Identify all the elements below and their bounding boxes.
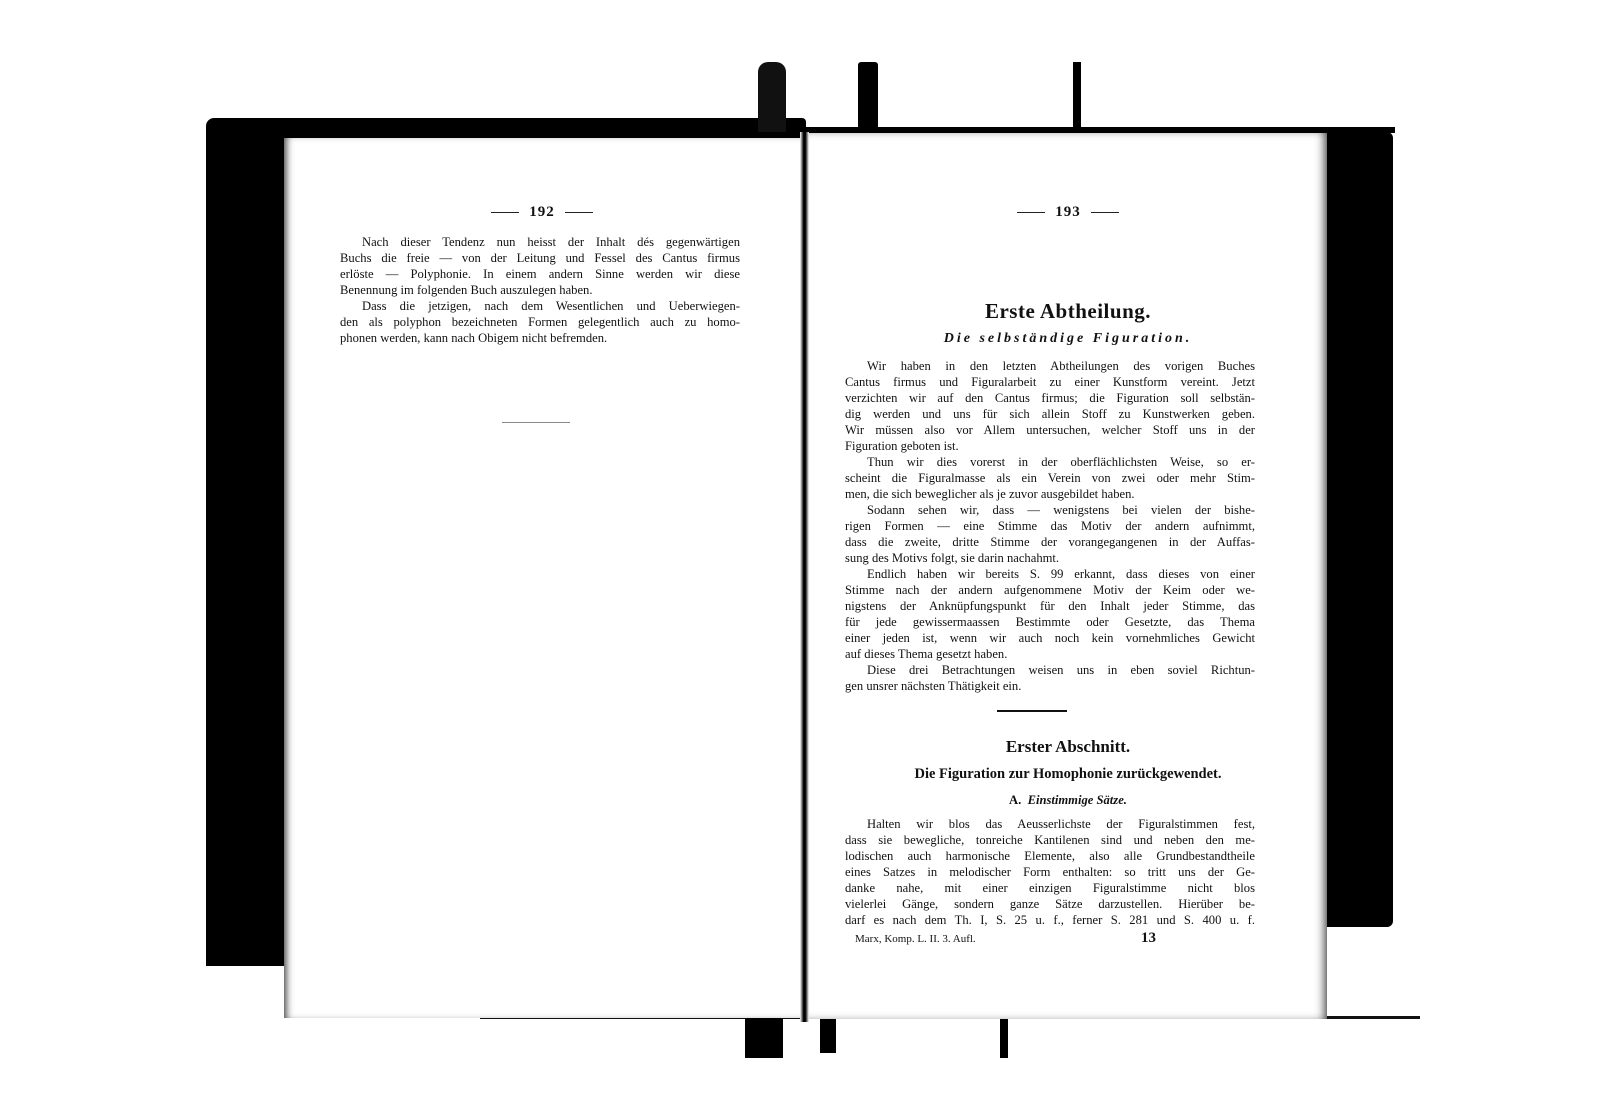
page-number: 192: [284, 204, 800, 221]
binding-tab: [858, 62, 878, 132]
text-line: lodischen auch harmonische Elemente, als…: [845, 848, 1255, 864]
subsection-title: Einstimmige Sätze.: [1028, 793, 1127, 807]
part-title: Erste Abtheilung.: [809, 299, 1327, 324]
footer-imprint: Marx, Komp. L. II. 3. Aufl.: [855, 933, 976, 945]
binding-tab: [1073, 62, 1081, 132]
binding-tab: [1000, 1018, 1008, 1058]
text-line: Endlich haben wir bereits S. 99 erkannt,…: [845, 566, 1255, 582]
section-subtitle: Die Figuration zur Homophonie zurückgewe…: [809, 766, 1327, 783]
text-line: für jede gewissermaassen Bestimmte oder …: [845, 614, 1255, 630]
text-line: Figuration geboten ist.: [845, 438, 1255, 454]
subsection-label: A.: [1009, 793, 1021, 807]
page-number: 193: [809, 204, 1327, 221]
text-line: Thun wir dies vorerst in der oberflächli…: [845, 454, 1255, 470]
text-line: dass die zweite, dritte Stimme der voran…: [845, 534, 1255, 550]
book-spine: [800, 132, 809, 1022]
signature-mark: 13: [1141, 930, 1156, 947]
text-line: Nach dieser Tendenz nun heisst der Inhal…: [340, 234, 740, 250]
body-text: Nach dieser Tendenz nun heisst der Inhal…: [340, 234, 740, 346]
text-line: scheint die Figuralmasse als ein Verein …: [845, 470, 1255, 486]
text-line: Sodann sehen wir, dass — wenigstens bei …: [845, 502, 1255, 518]
right-page: 193 Erste Abtheilung. Die selbständige F…: [809, 133, 1327, 1019]
text-line: vielerlei Gänge, sondern ganze Sätze dar…: [845, 896, 1255, 912]
subsection-heading: A. Einstimmige Sätze.: [809, 793, 1327, 808]
text-line: gen unsrer nächsten Thätigkeit ein.: [845, 678, 1255, 694]
binding-tab: [745, 1018, 783, 1058]
text-line: danke nahe, mit einer einzigen Figuralst…: [845, 880, 1255, 896]
left-page: 192 Nach dieser Tendenz nun heisst der I…: [284, 138, 800, 1018]
divider-rule: [502, 422, 570, 423]
text-line: darf es nach dem Th. I, S. 25 u. f., fer…: [845, 912, 1255, 928]
book-cover-left-edge: [206, 122, 286, 962]
text-line: sung des Motivs folgt, sie darin nachahm…: [845, 550, 1255, 566]
text-line: verzichten wir auf den Cantus firmus; di…: [845, 390, 1255, 406]
section-title: Erster Abschnitt.: [809, 737, 1327, 757]
text-line: Halten wir blos das Aeusserlichste der F…: [845, 816, 1255, 832]
text-line: rigen Formen — eine Stimme das Motiv der…: [845, 518, 1255, 534]
section-text: Halten wir blos das Aeusserlichste der F…: [845, 816, 1255, 928]
book-top-edge-left: [206, 118, 806, 140]
text-line: nigstens der Anknüpfungspunkt für den In…: [845, 598, 1255, 614]
text-line: men, die sich beweglicher als je zuvor a…: [845, 486, 1255, 502]
text-line: einer jeden ist, wenn wir auch noch kein…: [845, 630, 1255, 646]
text-line: dass sie bewegliche, tonreiche Kantilene…: [845, 832, 1255, 848]
book-bottom-edge: [206, 958, 286, 966]
text-line: erlöste — Polyphonie. In einem andern Si…: [340, 266, 740, 282]
part-subtitle: Die selbständige Figuration.: [809, 331, 1327, 347]
binding-tab: [820, 1018, 836, 1053]
text-line: Dass die jetzigen, nach dem Wesentlichen…: [340, 298, 740, 314]
intro-text: Wir haben in den letzten Abtheilungen de…: [845, 358, 1255, 694]
text-line: phonen werden, kann nach Obigem nicht be…: [340, 330, 740, 346]
text-line: Benennung im folgenden Buch auszulegen h…: [340, 282, 740, 298]
text-line: Stimme nach der andern aufgenommene Moti…: [845, 582, 1255, 598]
binding-tab: [758, 62, 786, 132]
text-line: dig werden und uns für sich allein Stoff…: [845, 406, 1255, 422]
text-line: Cantus firmus und Figuralarbeit zu einer…: [845, 374, 1255, 390]
text-line: Buchs die freie — von der Leitung und Fe…: [340, 250, 740, 266]
text-line: Wir müssen also vor Allem untersuchen, w…: [845, 422, 1255, 438]
text-line: Wir haben in den letzten Abtheilungen de…: [845, 358, 1255, 374]
text-line: auf dieses Thema gesetzt haben.: [845, 646, 1255, 662]
book-cover-right-edge: [1325, 132, 1393, 927]
text-line: eines Satzes in melodischer Form enthalt…: [845, 864, 1255, 880]
section-divider-rule: [997, 710, 1067, 712]
text-line: den als polyphon bezeichneten Formen gel…: [340, 314, 740, 330]
text-line: Diese drei Betrachtungen weisen uns in e…: [845, 662, 1255, 678]
